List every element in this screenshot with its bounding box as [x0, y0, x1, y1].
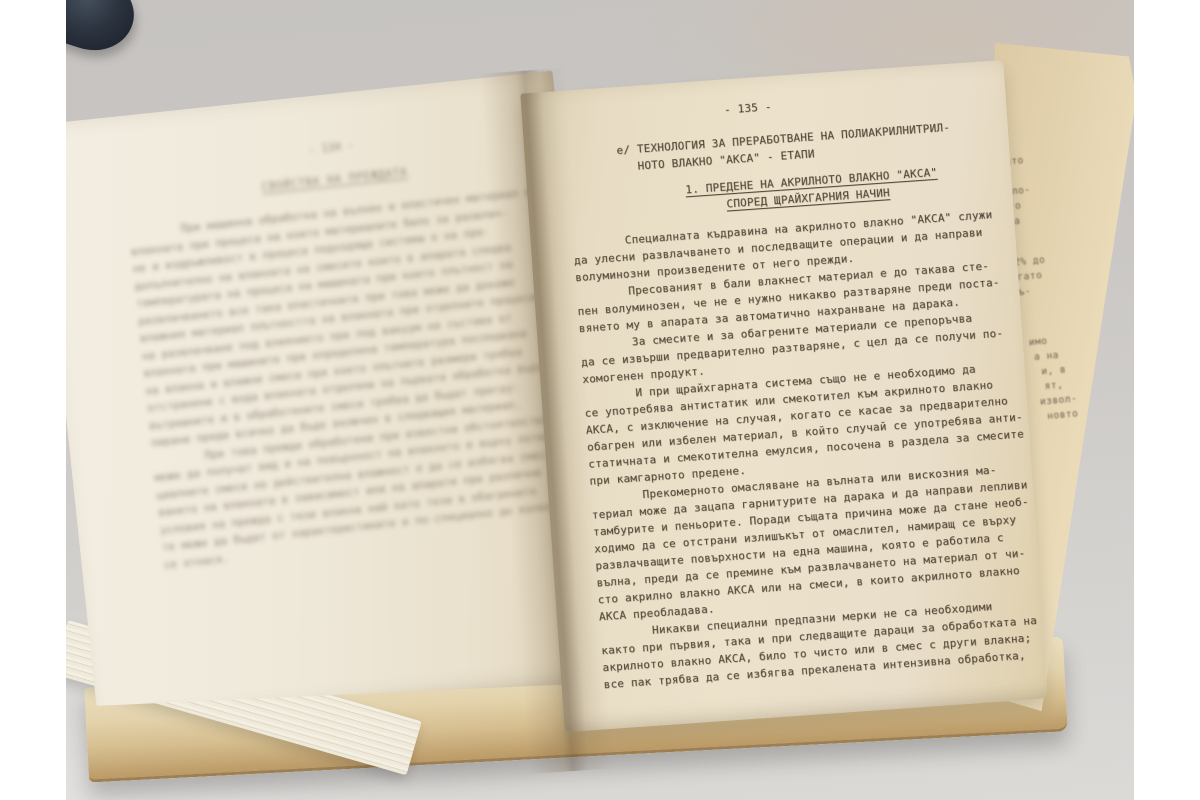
- left-page-text-blurred: - 134 - СВОЙСТВА НА ПРЕЖДАТА При машинна…: [66, 71, 601, 584]
- dark-corner-object: [66, 0, 143, 61]
- right-page: - 135 - е/ ТЕХНОЛОГИЯ ЗА ПРЕРАБОТВАНЕ НА…: [520, 60, 1047, 732]
- right-page-text: - 135 - е/ ТЕХНОЛОГИЯ ЗА ПРЕРАБОТВАНЕ НА…: [520, 60, 1045, 696]
- photo-frame: като о- било- то а 9,2% до когато въ- им…: [0, 0, 1200, 800]
- book-photo: като о- било- то а 9,2% до когато въ- им…: [66, 0, 1134, 800]
